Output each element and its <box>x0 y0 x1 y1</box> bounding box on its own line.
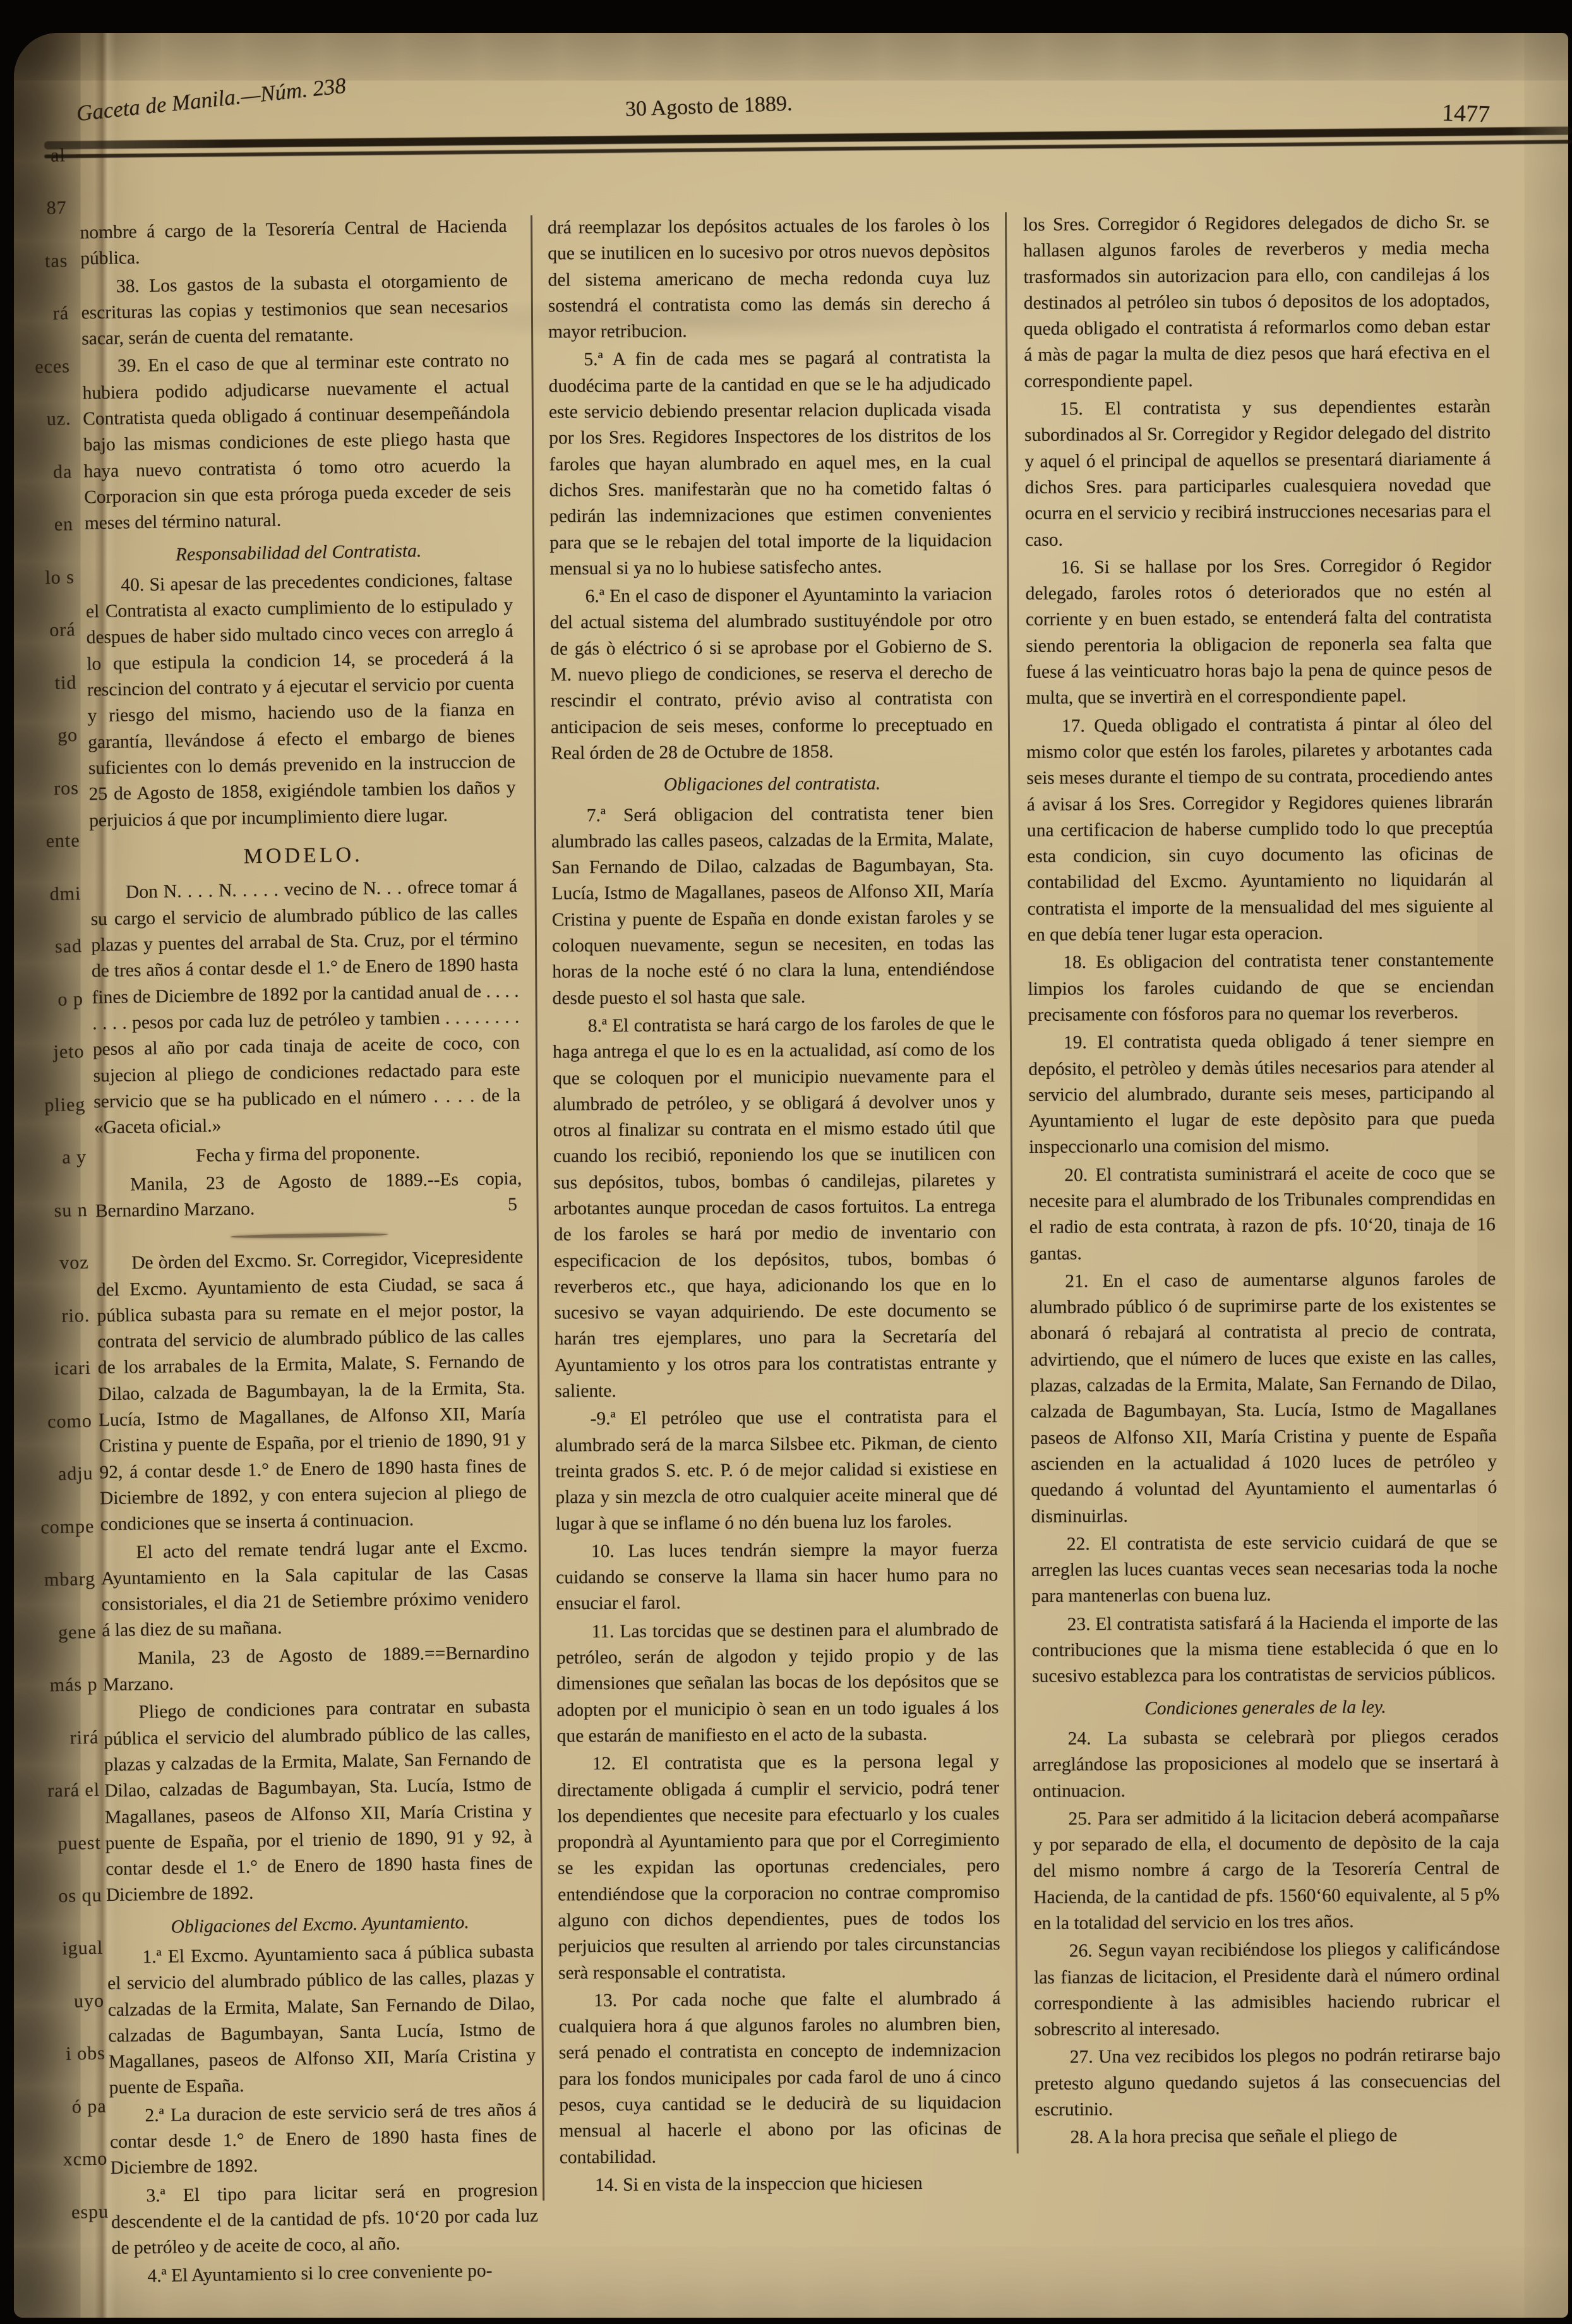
gutter-text-fragment: puest <box>57 1832 101 1854</box>
paragraph: 19. El contratista queda obligado á tene… <box>1028 1028 1495 1161</box>
paragraph: Don N. . . . N. . . . . vecino de N. . .… <box>90 874 521 1141</box>
column-3: los Sres. Corregidor ó Regidores delegad… <box>1005 209 1501 2153</box>
heading: Condiciones generales de la ley. <box>1032 1694 1498 1723</box>
gutter-text-fragment: uyo <box>74 1990 105 2013</box>
paragraph: 1.ª El Excmo. Ayuntamiento saca á públic… <box>107 1939 536 2102</box>
gutter-text-fragment: 87 <box>46 198 67 220</box>
paragraph: 25. Para ser admitido á la licitacion de… <box>1033 1803 1499 1937</box>
gutter-text-fragment: uz. <box>46 409 71 431</box>
gutter-text-fragment: plieg <box>44 1094 86 1116</box>
paragraph: 16. Si se hallase por los Sres. Corregid… <box>1025 552 1492 711</box>
gutter-text-fragment: a y <box>62 1147 87 1169</box>
paragraph: 3.ª El tipo para licitar será en progres… <box>111 2177 539 2261</box>
paragraph: 5.ª A fin de cada mes se pagará al contr… <box>548 345 992 582</box>
gutter-text-fragment: en <box>54 514 73 536</box>
paragraph: 17. Queda obligado el contratista á pint… <box>1026 711 1494 948</box>
gutter-text-fragment: rio. <box>61 1305 90 1327</box>
heading: Obligaciones del contratista. <box>551 771 993 800</box>
gutter-text-fragment: eces <box>35 356 70 378</box>
section-divider <box>231 1232 388 1239</box>
gutter-text-fragment: lo s <box>45 567 75 589</box>
paragraph: 10. Las luces tendrán siempre la mayor f… <box>556 1536 999 1617</box>
heading: Obligaciones del Excmo. Ayuntamiento. <box>106 1908 534 1941</box>
paragraph: 6.ª En el caso de disponer el Ayuntamint… <box>550 581 993 766</box>
paragraph: 4.ª El Ayuntamiento si lo cree convenien… <box>112 2257 539 2290</box>
paragraph: De òrden del Excmo. Sr. Corregidor, Vice… <box>96 1244 527 1538</box>
paragraph: 2.ª La duracion de este servicio será de… <box>109 2097 537 2181</box>
gutter-text-fragment: jeto <box>53 1041 85 1063</box>
text-columns: nombre á cargo de la Tesorería Central d… <box>90 209 1541 2290</box>
paragraph: 22. El contratista de este servicio cuid… <box>1031 1529 1498 1610</box>
gutter-text-fragment: voz <box>59 1252 89 1274</box>
signature-number: 5 <box>472 1192 522 1219</box>
paragraph: 27. Una vez recibidos los plegos no podr… <box>1035 2042 1501 2123</box>
paragraph: El acto del remate tendrá lugar ante el … <box>100 1533 529 1644</box>
gutter-text-fragment: tas <box>45 250 68 272</box>
gutter-text-fragment: orá <box>49 619 76 641</box>
gutter-text-fragment: sad <box>55 936 83 958</box>
paragraph: nombre á cargo de la Tesorería Central d… <box>80 214 507 272</box>
gutter-text-fragment: ros <box>54 778 79 800</box>
gutter-text-fragment: más p <box>49 1674 98 1697</box>
paragraph: -9.ª El petróleo que use el contratista … <box>555 1404 998 1538</box>
paragraph: 12. El contratista que es la persona leg… <box>557 1749 1000 1986</box>
gutter-text-fragment: mbarg <box>44 1568 96 1591</box>
gutter-text-fragment: como <box>47 1410 92 1432</box>
paragraph: 26. Segun vayan recibiéndose los pliegos… <box>1034 1936 1501 2044</box>
paragraph: 8.ª El contratista se hará cargo de los … <box>553 1011 997 1405</box>
gutter-text-fragment: i obs <box>66 2043 105 2065</box>
paragraph: 18. Es obligacion del contratista tener … <box>1028 948 1494 1028</box>
paragraph: 21. En el caso de aumentarse algunos far… <box>1029 1266 1497 1529</box>
heading: Responsabilidad del Contratista. <box>85 536 512 569</box>
gutter-text-fragment: da <box>53 461 73 483</box>
paragraph: 39. En el caso de que al terminar este c… <box>82 347 512 537</box>
paragraph: Pliego de condiciones para contratar en … <box>103 1694 533 1909</box>
page-number: 1477 <box>1441 99 1490 129</box>
gutter-text-fragment: compe <box>40 1515 95 1538</box>
gutter-text-fragment: dmi <box>49 883 81 905</box>
paragraph: 11. Las torcidas que se destinen para el… <box>556 1617 999 1750</box>
paragraph: Manila, 23 de Agosto de 1889.==Bernardin… <box>102 1639 530 1698</box>
paragraph: 7.ª Será obligacion del contratista tene… <box>551 800 995 1012</box>
paragraph: 14. Si en vista de la inspeccion que hic… <box>560 2170 1002 2199</box>
gutter-text-fragment: rá <box>52 303 69 325</box>
paragraph: 20. El contratista suministrará el aceit… <box>1029 1160 1496 1267</box>
paragraph: Manila, 23 de Agosto de 1889.--Es copia,… <box>95 1165 522 1224</box>
gutter-text-fragment: su n <box>54 1200 88 1222</box>
gutter-text-fragment: igual <box>62 1937 104 1960</box>
paragraph: drá reemplazar los depósitos actuales de… <box>548 212 990 346</box>
gutter-text-fragment: rará el <box>47 1779 100 1802</box>
paragraph: los Sres. Corregidor ó Regidores delegad… <box>1023 209 1491 395</box>
paragraph: 13. Por cada noche que falte el alumbrad… <box>558 1985 1002 2170</box>
gutter-text-fragment: o p <box>57 989 83 1011</box>
paragraph: 40. Si apesar de las precedentes condici… <box>85 567 516 834</box>
paragraph: 15. El contratista y sus dependientes es… <box>1024 394 1491 553</box>
paragraph: 28. A la hora precisa que señale el plie… <box>1035 2122 1501 2152</box>
gutter-text-fragment: go <box>57 725 78 747</box>
gutter-text-fragment: os qu <box>58 1885 102 1907</box>
gutter-text-fragment: adju <box>58 1463 93 1485</box>
paragraph: 23. El contratista satisfará á la Hacien… <box>1032 1609 1499 1690</box>
gutter-text-fragment: ente <box>45 830 80 852</box>
gutter-text-fragment: tid <box>54 672 76 694</box>
gutter-text-fragment: rirá <box>69 1726 99 1749</box>
paragraph: 24. La subasta se celebrarà por pliegos … <box>1033 1723 1499 1804</box>
heading: MODELO. <box>90 838 517 874</box>
column-2: drá reemplazar los depósitos actuales de… <box>531 212 1017 2201</box>
scanned-gazette-page: al87tasráecesuz.daenlo sorátidgorosented… <box>0 0 1572 2324</box>
gutter-text-fragment: gene <box>58 1621 97 1643</box>
paragraph: 38. Los gastos de la subasta el otorgami… <box>81 267 509 352</box>
column-1: nombre á cargo de la Tesorería Central d… <box>80 214 553 2292</box>
gutter-text-fragment: icari <box>54 1358 91 1380</box>
